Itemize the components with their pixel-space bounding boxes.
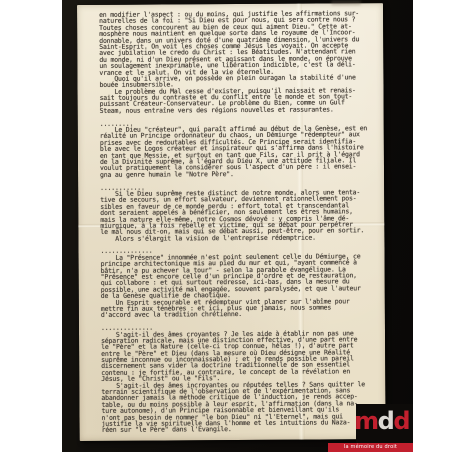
logo-letter-m: m — [354, 407, 378, 435]
mdd-logo-caption: la mémoire du droit — [328, 443, 413, 452]
logo-letter-d: d — [393, 407, 409, 435]
mdd-watermark: mdd la mémoire du droit — [328, 404, 413, 452]
scan-page: en modifier l'aspect : ou du moins, qui … — [0, 0, 452, 452]
typewritten-text-block: en modifier l'aspect : ou du moins, qui … — [99, 10, 384, 433]
mdd-logo-text: mdd — [354, 409, 409, 433]
paper-sheet: en modifier l'aspect : ou du moins, qui … — [77, 3, 386, 441]
faint-header-mark — [331, 0, 361, 5]
logo-letter-d-outline: d — [378, 407, 394, 435]
photo-background: en modifier l'aspect : ou du moins, qui … — [62, 0, 413, 452]
